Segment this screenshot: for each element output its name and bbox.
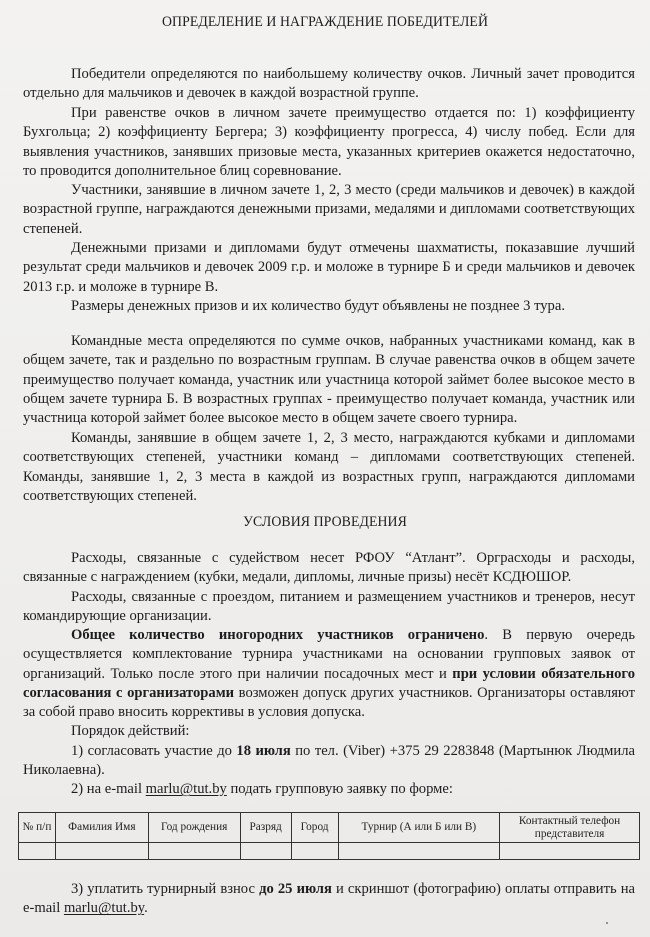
cell-birth-year <box>148 843 240 860</box>
header-name: Фамилия Имя <box>55 813 148 843</box>
table-row <box>19 843 640 860</box>
paragraph-travel-expenses: Расходы, связанные с проездом, питанием … <box>23 588 635 627</box>
cell-contact-phone <box>500 843 640 860</box>
email-link[interactable]: marlu@tut.by <box>64 900 144 916</box>
section-title-conditions: УСЛОВИЯ ПРОВЕДЕНИЯ <box>26 514 624 531</box>
step-2-text-b: подать групповую заявку по форме: <box>227 781 453 797</box>
cell-city <box>291 843 338 860</box>
step-3: 3) уплатить турнирный взнос до 25 июля и… <box>23 880 635 919</box>
step-1-deadline: 18 июля <box>236 743 290 759</box>
paragraph-tiebreak: При равенстве очков в личном зачете преи… <box>23 104 635 181</box>
document-page: ОПРЕДЕЛЕНИЕ И НАГРАЖДЕНИЕ ПОБЕДИТЕЛЕЙ По… <box>0 0 650 937</box>
stray-mark <box>606 922 608 924</box>
step-1-text-a: 1) согласовать участие до <box>71 743 236 759</box>
header-number: № п/п <box>19 813 56 843</box>
paragraph-expenses: Расходы, связанные с судейством несет РФ… <box>23 549 635 588</box>
header-contact-phone: Контактный телефон представителя <box>500 813 640 843</box>
paragraph-team-awards: Команды, занявшие в общем зачете 1, 2, 3… <box>23 429 635 506</box>
cell-number <box>19 843 56 860</box>
paragraph-prize-announcement: Размеры денежных призов и их количество … <box>23 297 635 316</box>
paragraph-individual-prizes: Участники, занявшие в личном зачете 1, 2… <box>23 181 635 239</box>
cell-rank <box>240 843 291 860</box>
header-tournament: Турнир (А или Б или В) <box>338 813 500 843</box>
paragraph-team-places: Командные места определяются по сумме оч… <box>23 332 635 428</box>
step-3-end: . <box>144 900 148 916</box>
step-3-deadline: до 25 июля <box>259 881 332 897</box>
header-birth-year: Год рождения <box>148 813 240 843</box>
section-title-awards: ОПРЕДЕЛЕНИЕ И НАГРАЖДЕНИЕ ПОБЕДИТЕЛЕЙ <box>26 14 624 31</box>
table-header-row: № п/п Фамилия Имя Год рождения Разряд Го… <box>19 813 640 843</box>
limit-bold-text: Общее количество иногородних участников … <box>71 627 484 643</box>
steps-title: Порядок действий: <box>23 722 635 741</box>
paragraph-cash-prizes: Денежными призами и дипломами будут отме… <box>23 239 635 297</box>
step-1: 1) согласовать участие до 18 июля по тел… <box>23 742 635 781</box>
step-2: 2) на e-mail marlu@tut.by подать группов… <box>23 780 635 799</box>
header-city: Город <box>291 813 338 843</box>
paragraph-winners: Победители определяются по наибольшему к… <box>23 65 635 104</box>
step-2-text-a: 2) на e-mail <box>71 781 146 797</box>
email-link[interactable]: marlu@tut.by <box>146 781 227 797</box>
cell-name <box>55 843 148 860</box>
paragraph-participant-limit: Общее количество иногородних участников … <box>23 626 635 722</box>
step-3-text-a: 3) уплатить турнирный взнос <box>71 881 259 897</box>
cell-tournament <box>338 843 500 860</box>
application-form-table: № п/п Фамилия Имя Год рождения Разряд Го… <box>18 812 640 860</box>
header-rank: Разряд <box>240 813 291 843</box>
